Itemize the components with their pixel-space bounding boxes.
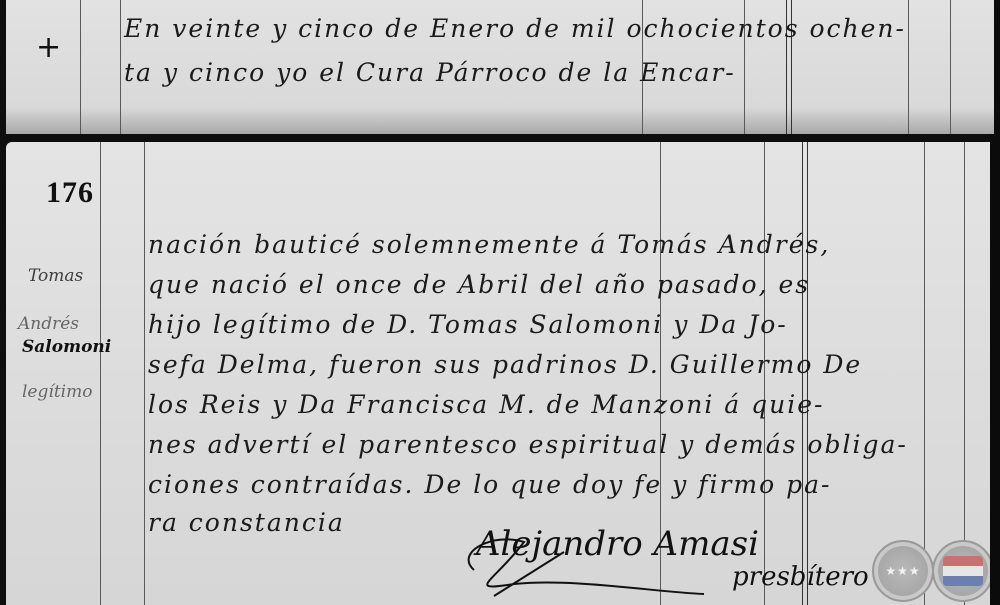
archive-seal-stars-icon: ★★★ — [872, 540, 934, 602]
ruling-line — [100, 142, 101, 605]
ruling-line — [924, 142, 925, 605]
margin-note-legitimacy: legítimo — [22, 382, 92, 402]
ruling-line — [144, 142, 145, 605]
register-page: 176 Tomas Andrés Salomoni legítimo nació… — [6, 142, 990, 605]
cross-mark-icon: + — [36, 30, 61, 65]
entry-line-1: nación bauticé solemnemente á Tomás Andr… — [148, 230, 830, 259]
top-entry-line-2: ta y cinco yo el Cura Párroco de la Enca… — [124, 58, 736, 87]
entry-line-4: sefa Delma, fueron sus padrinos D. Guill… — [148, 350, 862, 379]
entry-line-5: los Reis y Da Francisca M. de Manzoni á … — [148, 390, 824, 419]
entry-line-2: que nació el once de Abril del año pasad… — [148, 270, 810, 299]
ruling-line — [120, 0, 121, 134]
ruling-line — [964, 142, 965, 605]
margin-note-given-name: Tomas — [28, 266, 83, 286]
entry-line-7: ciones contraídas. De lo que doy fe y fi… — [148, 470, 831, 499]
archive-seal-flag-icon — [932, 540, 990, 602]
margin-note-surname: Salomoni — [22, 337, 111, 357]
signature-flourish-icon — [454, 522, 714, 602]
top-entry-line-1: En veinte y cinco de Enero de mil ochoci… — [124, 14, 906, 43]
signature-title: presbítero — [732, 562, 869, 592]
previous-page-fragment: + En veinte y cinco de Enero de mil ocho… — [6, 0, 994, 134]
entry-line-8: ra constancia — [148, 508, 345, 537]
margin-note-second-name: Andrés — [18, 314, 79, 334]
flag-icon — [943, 556, 983, 586]
entry-line-3: hijo legítimo de D. Tomas Salomoni y Da … — [148, 310, 788, 339]
ruling-line — [908, 0, 909, 134]
entry-line-6: nes advertí el parentesco espiritual y d… — [148, 430, 908, 459]
entry-number: 176 — [46, 176, 94, 210]
ruling-line — [950, 0, 951, 134]
ruling-line — [80, 0, 81, 134]
